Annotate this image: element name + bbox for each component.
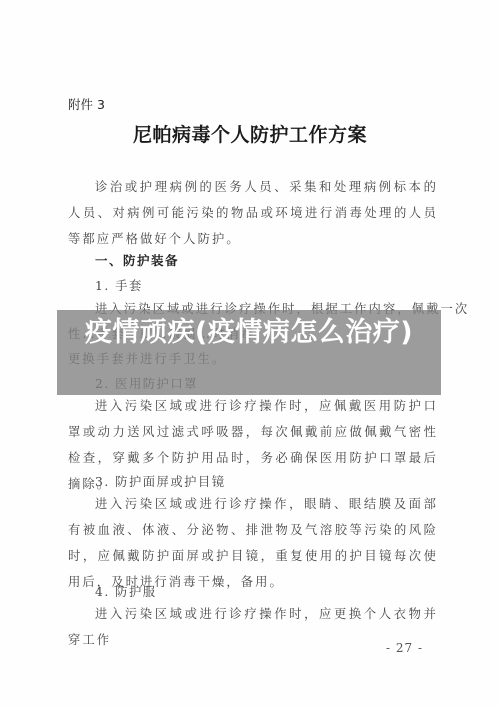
section-heading-protective-equipment: 一、防护装备 bbox=[95, 251, 179, 269]
face-shield-paragraph: 进入污染区域或进行诊疗操作，眼睛、眼结膜及面部有被血液、体液、分泌物、排泄物及气… bbox=[68, 491, 438, 595]
item-heading-gloves: 1. 手套 bbox=[95, 276, 143, 294]
page-number: - 27 - bbox=[386, 641, 423, 655]
intro-paragraph: 诊治或护理病例的医务人员、采集和处理病例标本的人员、对病例可能污染的物品或环境进… bbox=[68, 174, 438, 252]
overlay-title: 疫情顽疾(疫情病怎么治疗) bbox=[57, 316, 441, 350]
item-heading-gown: 4. 防护服 bbox=[95, 582, 157, 600]
item-heading-face-shield: 3. 防护面屏或护目镜 bbox=[95, 472, 226, 490]
gown-paragraph: 进入污染区域或进行诊疗操作时，应更换个人衣物并穿工作 bbox=[68, 601, 438, 653]
document-title: 尼帕病毒个人防护工作方案 bbox=[0, 120, 500, 147]
attachment-label: 附件 3 bbox=[68, 95, 105, 113]
